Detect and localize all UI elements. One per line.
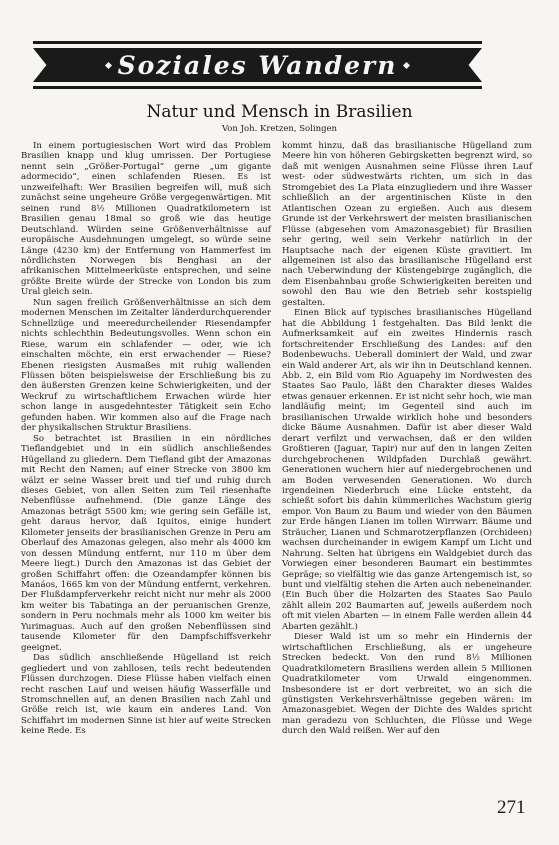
paragraph: Dieser Wald ist um so mehr ein Hindernis… xyxy=(282,632,532,737)
diamond-ornament-icon xyxy=(105,61,112,68)
paragraph: So betrachtet ist Brasilien in ein nördl… xyxy=(21,434,271,654)
paragraph: In einem portugiesischen Wort wird das P… xyxy=(21,141,271,298)
left-column: In einem portugiesischen Wort wird das P… xyxy=(21,141,271,737)
paragraph: kommt hinzu, daß das brasilianische Hüge… xyxy=(282,141,532,308)
article-byline: Von Joh. Kretzen, Solingen xyxy=(0,124,559,135)
paragraph: Das südlich anschließende Hügelland ist … xyxy=(21,653,271,737)
article-title: Natur und Mensch in Brasilien xyxy=(0,101,559,123)
page-number: 271 xyxy=(497,797,526,819)
banner-band: Soziales Wandern xyxy=(33,48,482,82)
banner-top-rule xyxy=(33,41,482,44)
section-banner: Soziales Wandern xyxy=(33,41,482,89)
paragraph: Einen Blick auf typisches brasilianische… xyxy=(282,308,532,632)
banner-bottom-rule xyxy=(33,86,482,89)
section-title: Soziales Wandern xyxy=(118,53,398,78)
paragraph: Nun sagen freilich Größenverhältnisse an… xyxy=(21,298,271,434)
right-column: kommt hinzu, daß das brasilianische Hüge… xyxy=(282,141,532,737)
diamond-ornament-icon xyxy=(403,61,410,68)
